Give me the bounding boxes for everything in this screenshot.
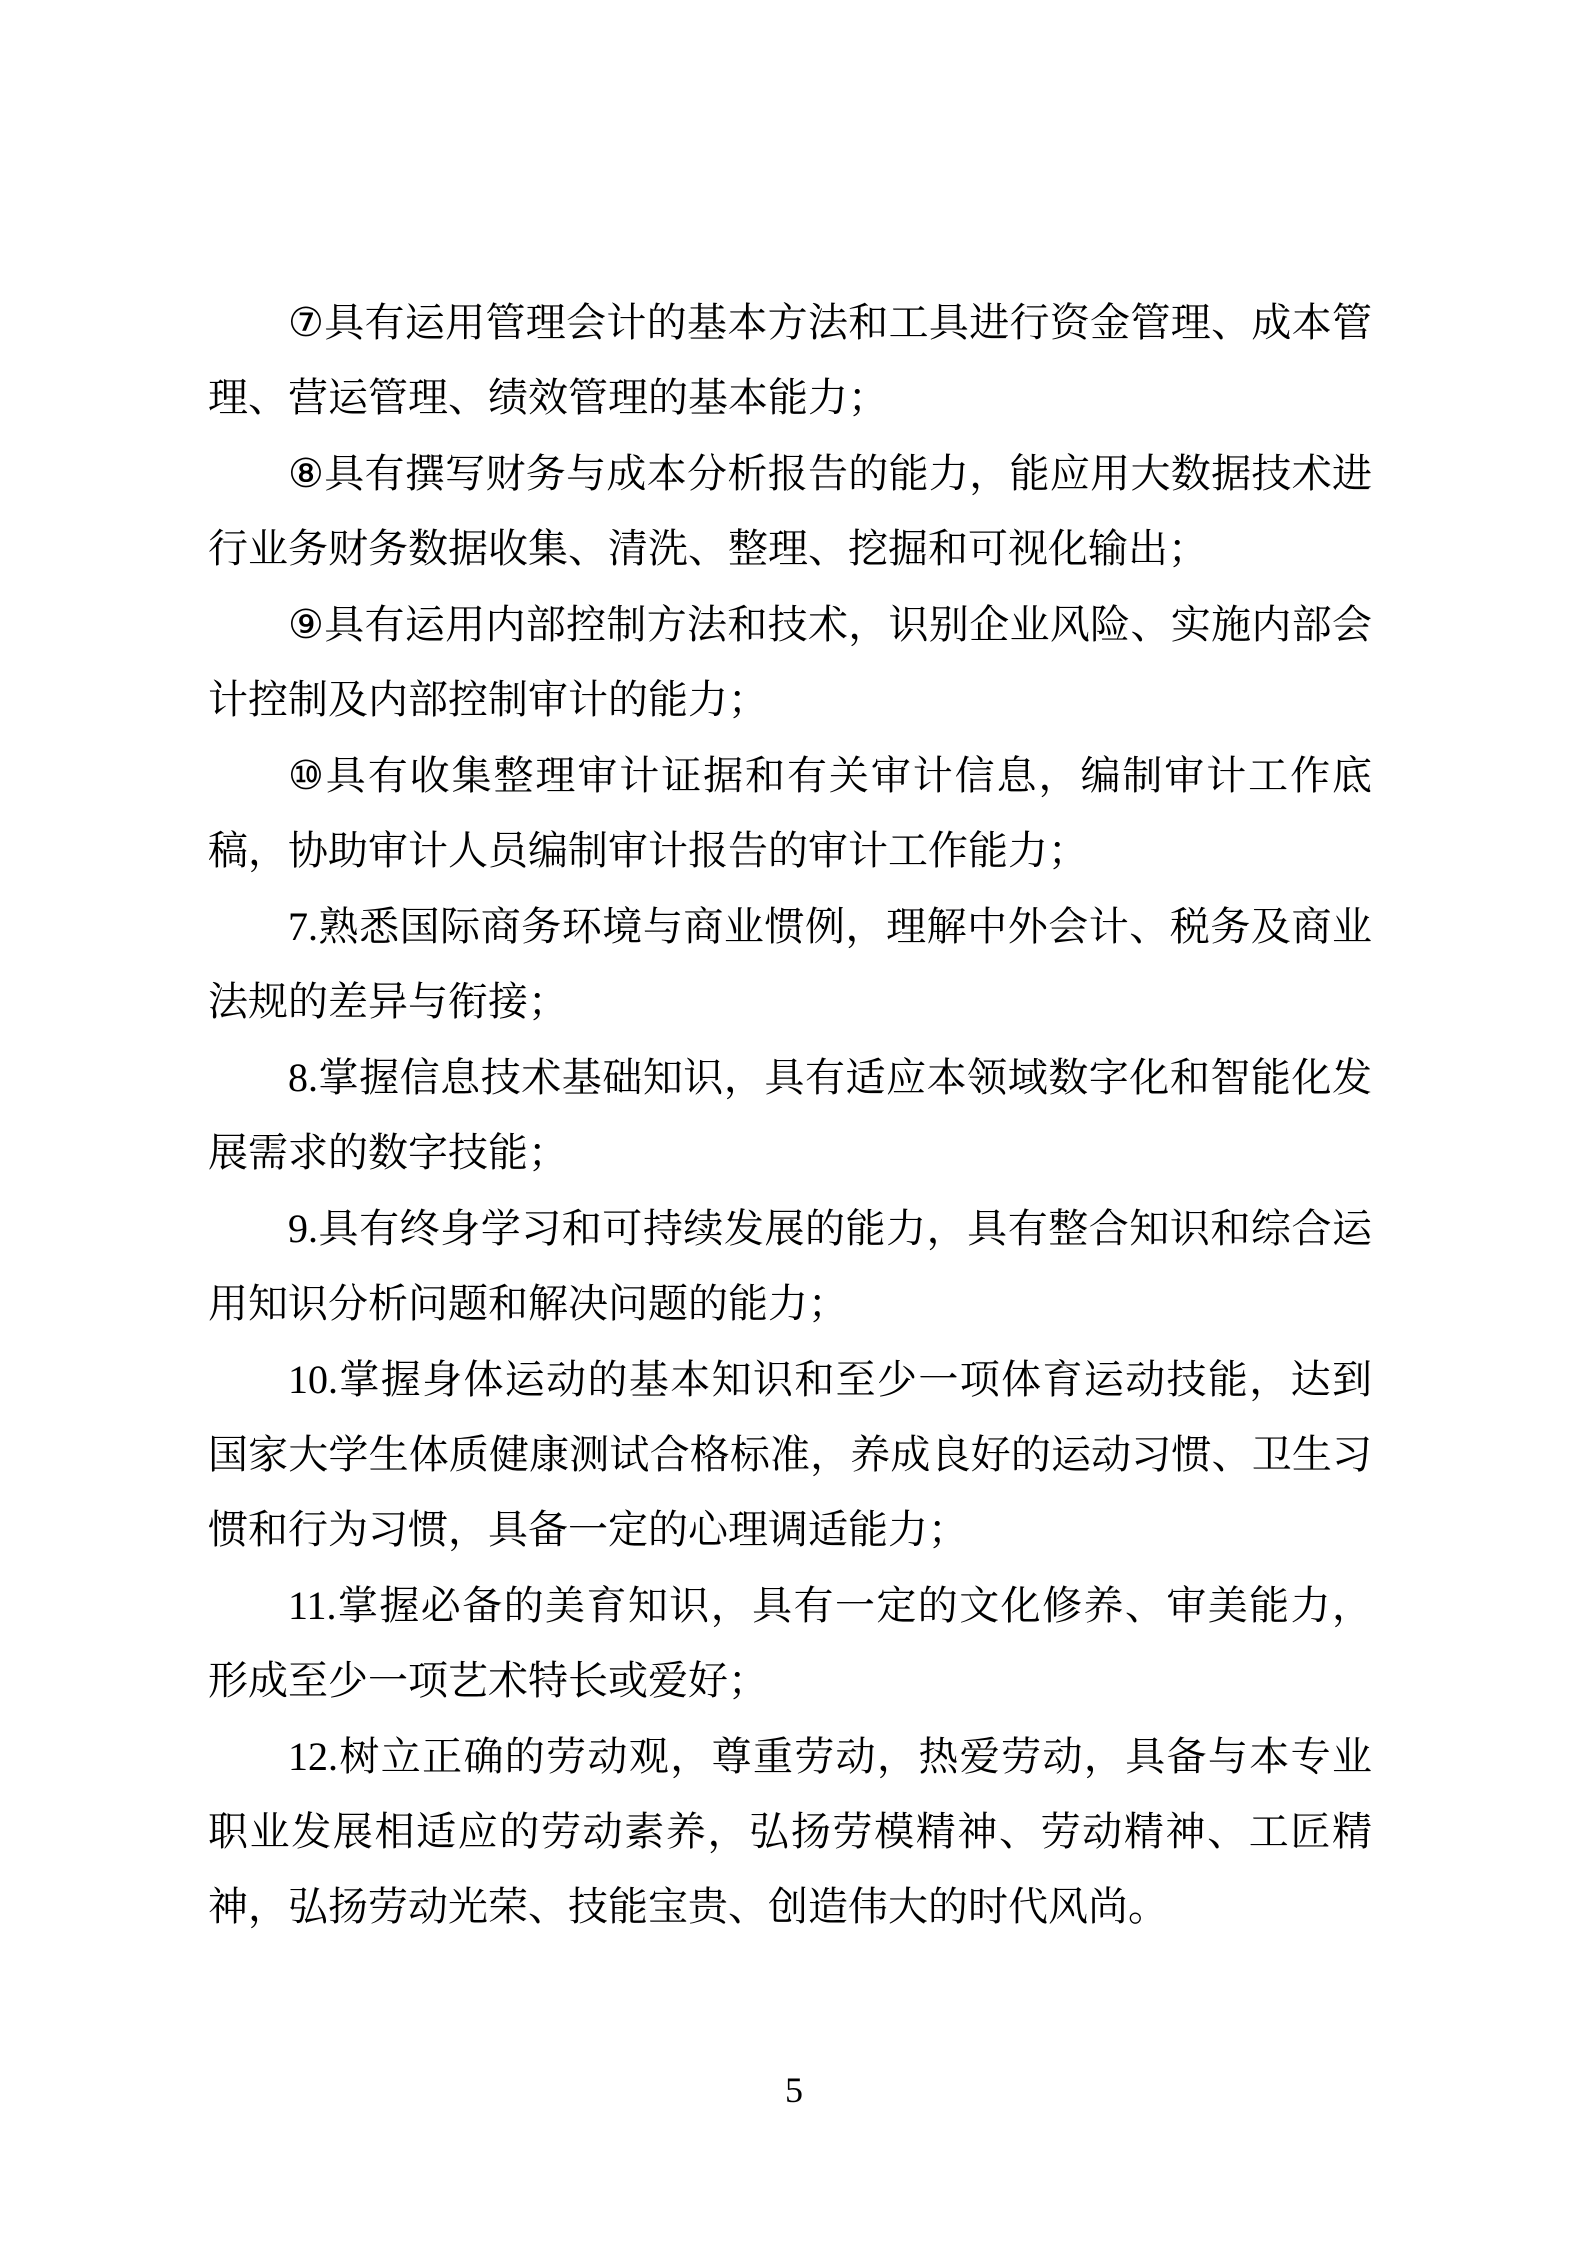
document-body: ⑦具有运用管理会计的基本方法和工具进行资金管理、成本管理、营运管理、绩效管理的基… <box>208 285 1372 1945</box>
paragraph-text: 具有终身学习和可持续发展的能力，具有整合知识和综合运用知识分析问题和解决问题的能… <box>208 1207 1372 1326</box>
paragraph-item-9: 9.具有终身学习和可持续发展的能力，具有整合知识和综合运用知识分析问题和解决问题… <box>208 1191 1372 1342</box>
paragraph-text: 掌握必备的美育知识，具有一定的文化修养、审美能力，形成至少一项艺术特长或爱好； <box>208 1584 1372 1703</box>
paragraph-item-11: 11.掌握必备的美育知识，具有一定的文化修养、审美能力，形成至少一项艺术特长或爱… <box>208 1568 1372 1719</box>
list-marker: 12. <box>288 1734 338 1779</box>
list-marker: 9. <box>288 1206 318 1251</box>
paragraph-text: 具有收集整理审计证据和有关审计信息，编制审计工作底稿，协助审计人员编制审计报告的… <box>208 754 1372 873</box>
paragraph-text: 掌握信息技术基础知识，具有适应本领域数字化和智能化发展需求的数字技能； <box>208 1056 1372 1175</box>
paragraph-item-10: 10.掌握身体运动的基本知识和至少一项体育运动技能，达到国家大学生体质健康测试合… <box>208 1342 1372 1568</box>
paragraph-text: 具有运用内部控制方法和技术，识别企业风险、实施内部会计控制及内部控制审计的能力； <box>208 603 1372 722</box>
paragraph-item-8: 8.掌握信息技术基础知识，具有适应本领域数字化和智能化发展需求的数字技能； <box>208 1040 1372 1191</box>
paragraph-text: 具有撰写财务与成本分析报告的能力，能应用大数据技术进行业务财务数据收集、清洗、整… <box>208 452 1372 571</box>
list-marker: 10. <box>288 1357 338 1402</box>
paragraph-text: 树立正确的劳动观，尊重劳动，热爱劳动，具备与本专业职业发展相适应的劳动素养，弘扬… <box>208 1735 1372 1929</box>
list-marker: ⑩ <box>288 753 326 798</box>
paragraph-circled-7: ⑦具有运用管理会计的基本方法和工具进行资金管理、成本管理、营运管理、绩效管理的基… <box>208 285 1372 436</box>
list-marker: 11. <box>288 1583 337 1628</box>
paragraph-text: 熟悉国际商务环境与商业惯例，理解中外会计、税务及商业法规的差异与衔接； <box>208 905 1372 1024</box>
paragraph-circled-9: ⑨具有运用内部控制方法和技术，识别企业风险、实施内部会计控制及内部控制审计的能力… <box>208 587 1372 738</box>
paragraph-circled-8: ⑧具有撰写财务与成本分析报告的能力，能应用大数据技术进行业务财务数据收集、清洗、… <box>208 436 1372 587</box>
document-page: ⑦具有运用管理会计的基本方法和工具进行资金管理、成本管理、营运管理、绩效管理的基… <box>0 0 1588 2245</box>
list-marker: ⑨ <box>288 602 324 647</box>
paragraph-item-7: 7.熟悉国际商务环境与商业惯例，理解中外会计、税务及商业法规的差异与衔接； <box>208 889 1372 1040</box>
list-marker: ⑦ <box>288 300 324 345</box>
paragraph-circled-10: ⑩具有收集整理审计证据和有关审计信息，编制审计工作底稿，协助审计人员编制审计报告… <box>208 738 1372 889</box>
page-number: 5 <box>0 2068 1588 2112</box>
list-marker: 8. <box>288 1055 318 1100</box>
list-marker: ⑧ <box>288 451 324 496</box>
paragraph-item-12: 12.树立正确的劳动观，尊重劳动，热爱劳动，具备与本专业职业发展相适应的劳动素养… <box>208 1719 1372 1945</box>
paragraph-text: 掌握身体运动的基本知识和至少一项体育运动技能，达到国家大学生体质健康测试合格标准… <box>208 1358 1372 1552</box>
list-marker: 7. <box>288 904 318 949</box>
paragraph-text: 具有运用管理会计的基本方法和工具进行资金管理、成本管理、营运管理、绩效管理的基本… <box>208 301 1372 420</box>
